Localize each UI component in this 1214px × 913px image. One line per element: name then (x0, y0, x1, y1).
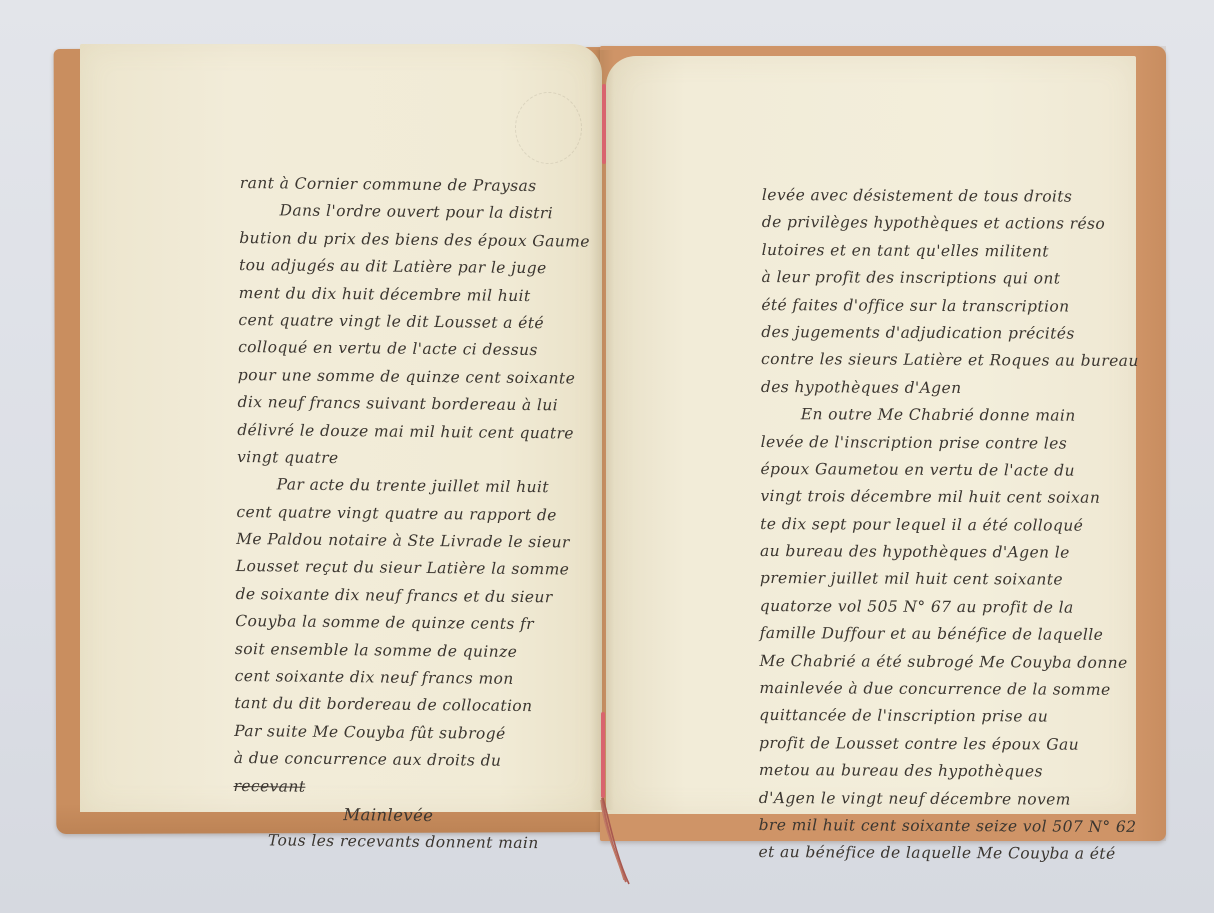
text-line: des jugements d'adjudication précités (761, 319, 1136, 348)
text-line: bre mil huit cent soixante seize vol 507… (759, 812, 1134, 841)
text-line: quittancée de l'inscription prise au (759, 702, 1134, 731)
text-line: à due concurrence aux droits du (234, 745, 599, 776)
right-page-text: levée avec désistement de tous droits de… (758, 182, 1137, 869)
text-line: te dix sept pour lequel il a été colloqu… (760, 511, 1135, 540)
left-page-text: rant à Cornier commune de Praysas Dans l… (233, 170, 605, 859)
text-line: tou adjugés au dit Latière par le juge (239, 252, 604, 283)
text-line: soit ensemble la somme de quinze (235, 636, 600, 667)
text-line: de soixante dix neuf francs et du sieur (235, 581, 600, 612)
text-line: d'Agen le vingt neuf décembre novem (759, 785, 1134, 814)
text-line: levée avec désistement de tous droits (762, 182, 1137, 211)
text-line: Me Paldou notaire à Ste Livrade le sieur (236, 526, 601, 557)
faint-stamp-mark (515, 92, 582, 164)
text-line: metou au bureau des hypothèques (759, 757, 1134, 786)
text-line: été faites d'office sur la transcription (761, 292, 1136, 321)
text-line: délivré le douze mai mil huit cent quatr… (237, 417, 602, 448)
text-line: mainlevée à due concurrence de la somme (759, 675, 1134, 704)
text-line: cent soixante dix neuf francs mon (235, 663, 600, 694)
text-line: Tous les recevants donnent main (233, 827, 598, 858)
text-line: rant à Cornier commune de Praysas (240, 170, 605, 201)
text-line: Couyba la somme de quinze cents fr (235, 608, 600, 639)
text-line: En outre Me Chabrié donne main (761, 401, 1136, 430)
text-line: pour une somme de quinze cent soixante (238, 362, 603, 393)
text-line: tant du dit bordereau de collocation (234, 690, 599, 721)
text-line: contre les sieurs Latière et Roques au b… (761, 346, 1136, 375)
text-line: ment du dix huit décembre mil huit (239, 280, 604, 311)
text-line: de privilèges hypothèques et actions rés… (762, 209, 1137, 238)
text-line: bution du prix des biens des époux Gaume (239, 225, 604, 256)
section-heading-mainlevee: Mainlevée (233, 800, 598, 831)
text-line: Lousset reçut du sieur Latière la somme (236, 553, 601, 584)
text-line: lutoires et en tant qu'elles militent (762, 237, 1137, 266)
text-line: au bureau des hypothèques d'Agen le (760, 538, 1135, 567)
text-line: premier juillet mil huit cent soixante (760, 565, 1135, 594)
text-line: Me Chabrié a été subrogé Me Couyba donne (759, 648, 1134, 677)
text-line: cent quatre vingt le dit Lousset a été (238, 307, 603, 338)
text-line: colloqué en vertu de l'acte ci dessus (238, 334, 603, 365)
text-line: famille Duffour et au bénéfice de laquel… (760, 620, 1135, 649)
text-line-struck: recevant (233, 773, 598, 804)
binding-thread-top (602, 84, 606, 164)
binding-thread-bottom (601, 712, 605, 798)
photo-scene: rant à Cornier commune de Praysas Dans l… (0, 0, 1214, 913)
text-line: profit de Lousset contre les époux Gau (759, 730, 1134, 759)
text-line: époux Gaumetou en vertu de l'acte du (760, 456, 1135, 485)
text-line: Par acte du trente juillet mil huit (237, 471, 602, 502)
binding-thread-tail-icon (596, 796, 636, 886)
text-line: dix neuf francs suivant bordereau à lui (237, 389, 602, 420)
text-line: levée de l'inscription prise contre les (761, 429, 1136, 458)
text-line: des hypothèques d'Agen (761, 374, 1136, 403)
text-line: Par suite Me Couyba fût subrogé (234, 718, 599, 749)
text-line: vingt trois décembre mil huit cent soixa… (760, 483, 1135, 512)
text-line: cent quatre vingt quatre au rapport de (236, 499, 601, 530)
text-line: vingt quatre (237, 444, 602, 475)
text-line: et au bénéfice de laquelle Me Couyba a é… (758, 839, 1133, 868)
text-line: Dans l'ordre ouvert pour la distri (239, 197, 604, 228)
text-line: à leur profit des inscriptions qui ont (761, 264, 1136, 293)
text-line: quatorze vol 505 N° 67 au profit de la (760, 593, 1135, 622)
